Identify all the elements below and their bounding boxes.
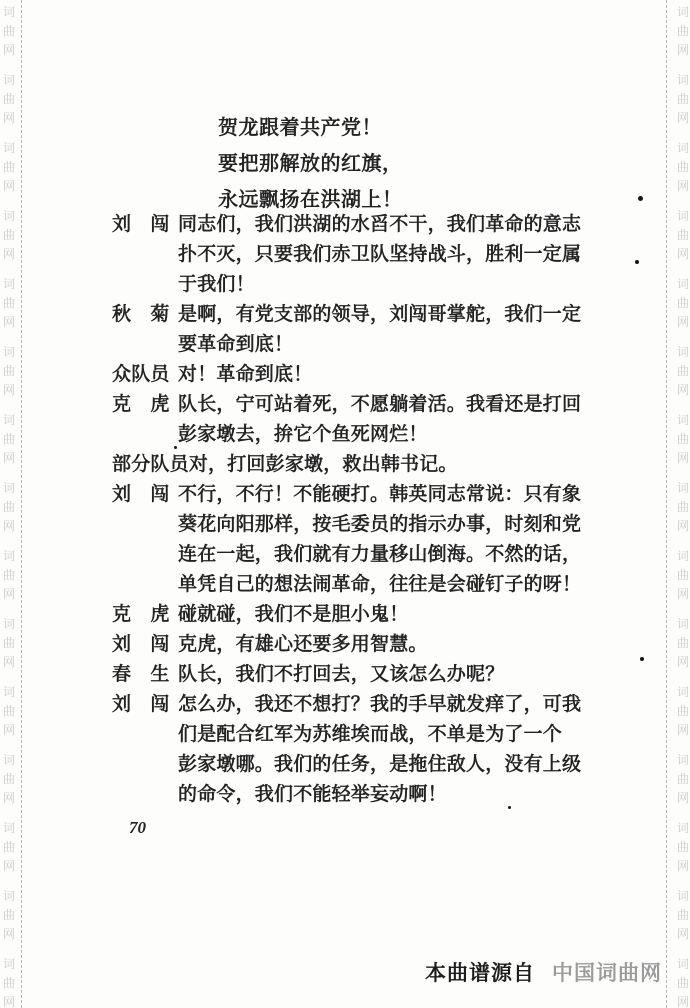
watermark-char: 网 [2,452,16,466]
watermark-char: 网 [2,180,16,194]
scan-speck [508,806,511,809]
watermark-char: 曲 [2,161,16,175]
watermark-char: 词 [2,890,16,904]
dialogue-line: 彭家墩哪。我们的任务，是拖住敌人，没有上级 [178,750,581,780]
dialogue-row: 刘 闯克虎，有雄心还要多用智慧。 [112,630,592,660]
dialogue-row: 刘 闯怎么办，我还不想打？我的手早就发痒了，可我们是配合红军为苏维埃而战，不单是… [112,690,592,810]
watermark-char: 网 [676,860,690,874]
watermark-char: 词 [2,822,16,836]
watermark-char: 网 [676,452,690,466]
watermark-char: 词 [676,618,690,632]
dialogue-line: 不行，不行！不能硬打。韩英同志常说：只有象 [178,480,581,510]
watermark-char: 词 [2,482,16,496]
watermark-char: 曲 [676,229,690,243]
watermark-column-right: 词曲网词曲网词曲网词曲网词曲网词曲网词曲网词曲网词曲网词曲网词曲网词曲网词曲网词… [676,0,690,1008]
dialogue-line: 是啊，有党支部的领导，刘闯哥掌舵，我们一定 [178,300,581,330]
watermark-char: 词 [2,278,16,292]
dialogue-line: 们是配合红军为苏维埃而战，不单是为了一个 [178,720,581,750]
watermark-char: 词 [2,346,16,360]
watermark-char: 曲 [676,365,690,379]
watermark-char: 词 [2,618,16,632]
watermark-char: 网 [676,928,690,942]
footer-site-name: 中国词曲网 [552,957,662,987]
watermark-char: 曲 [2,501,16,515]
watermark-char: 曲 [676,841,690,855]
watermark-char: 网 [2,656,16,670]
watermark-char: 网 [676,384,690,398]
watermark-char: 曲 [676,501,690,515]
watermark-char: 曲 [2,977,16,991]
watermark-char: 网 [2,588,16,602]
speaker-name: 刘 闯 [112,480,178,510]
dialogue-line: 对！革命到底！ [178,360,312,390]
watermark-char: 词 [676,414,690,428]
watermark-char: 网 [676,44,690,58]
watermark-char: 网 [2,112,16,126]
watermark-char: 网 [2,248,16,262]
right-margin-rule [666,0,667,1008]
dialogue-line: 的命令，我们不能轻举妄动啊！ [178,780,581,810]
watermark-char: 词 [676,822,690,836]
watermark-char: 词 [676,890,690,904]
watermark-char: 网 [676,724,690,738]
scan-speck [638,196,643,201]
watermark-char: 网 [2,384,16,398]
dialogue-line: 于我们！ [178,270,581,300]
watermark-char: 网 [676,316,690,330]
watermark-char: 词 [676,142,690,156]
watermark-char: 词 [676,686,690,700]
watermark-char: 词 [2,210,16,224]
watermark-char: 曲 [676,773,690,787]
page-number: 70 [129,818,146,838]
watermark-char: 网 [676,656,690,670]
dialogue-row: 秋 菊是啊，有党支部的领导，刘闯哥掌舵，我们一定要革命到底！ [112,300,592,360]
footer-source-label: 本曲谱源自 [425,957,535,987]
watermark-char: 曲 [676,297,690,311]
watermark-char: 词 [2,142,16,156]
watermark-char: 网 [2,44,16,58]
dialogue-line: 连在一起，我们就有力量移山倒海。不然的话， [178,540,581,570]
watermark-char: 网 [676,588,690,602]
dialogue-line: 单凭自己的想法闹革命，往往是会碰钉子的呀！ [178,570,581,600]
watermark-column-left: 词曲网词曲网词曲网词曲网词曲网词曲网词曲网词曲网词曲网词曲网词曲网词曲网词曲网词… [2,0,16,1008]
scanned-script-page: { "watermark": { "chars": ["词", "曲", "网"… [0,0,690,1008]
watermark-char: 曲 [2,25,16,39]
watermark-char: 词 [2,686,16,700]
dialogue-text: 同志们，我们洪湖的水舀不干，我们革命的意志扑不灭，只要我们赤卫队坚持战斗，胜利一… [178,210,581,300]
watermark-char: 词 [2,414,16,428]
watermark-char: 曲 [676,569,690,583]
watermark-char: 网 [2,724,16,738]
watermark-char: 曲 [676,637,690,651]
speaker-name: 部分队员 [112,450,189,480]
left-margin-rule [21,0,22,1008]
dialogue-text: 对！革命到底！ [178,360,312,390]
dialogue-block: 刘 闯同志们，我们洪湖的水舀不干，我们革命的意志扑不灭，只要我们赤卫队坚持战斗，… [112,210,592,810]
watermark-char: 词 [2,754,16,768]
dialogue-line: 碰就碰，我们不是胆小鬼！ [178,600,408,630]
lyric-line: 要把那解放的红旗， [218,146,403,182]
dialogue-text: 怎么办，我还不想打？我的手早就发痒了，可我们是配合红军为苏维埃而战，不单是为了一… [178,690,581,810]
watermark-char: 网 [676,112,690,126]
watermark-char: 曲 [2,433,16,447]
watermark-char: 网 [2,928,16,942]
watermark-char: 网 [676,520,690,534]
dialogue-line: 要革命到底！ [178,330,581,360]
scan-speck [635,260,639,264]
watermark-char: 曲 [2,297,16,311]
watermark-char: 网 [2,520,16,534]
watermark-char: 曲 [676,161,690,175]
dialogue-row: 众队员对！革命到底！ [112,360,592,390]
watermark-char: 词 [676,346,690,360]
dialogue-line: 队长，我们不打回去，又该怎么办呢？ [178,660,504,690]
watermark-char: 网 [676,792,690,806]
watermark-char: 曲 [2,637,16,651]
dialogue-text: 是啊，有党支部的领导，刘闯哥掌舵，我们一定要革命到底！ [178,300,581,360]
dialogue-line: 彭家墩去，拚它个鱼死网烂！ [178,420,581,450]
dialogue-row: 部分队员对，打回彭家墩，救出韩书记。 [112,450,592,480]
watermark-char: 曲 [2,909,16,923]
watermark-char: 曲 [2,569,16,583]
scan-speck [174,446,177,449]
scan-speck [640,657,644,661]
speaker-name: 刘 闯 [112,690,178,720]
watermark-char: 网 [676,996,690,1008]
speaker-name: 克 虎 [112,600,178,630]
dialogue-row: 刘 闯同志们，我们洪湖的水舀不干，我们革命的意志扑不灭，只要我们赤卫队坚持战斗，… [112,210,592,300]
speaker-name: 秋 菊 [112,300,178,330]
dialogue-text: 队长，宁可站着死，不愿躺着活。我看还是打回彭家墩去，拚它个鱼死网烂！ [178,390,581,450]
watermark-char: 网 [676,248,690,262]
watermark-char: 网 [676,180,690,194]
watermark-char: 曲 [2,705,16,719]
dialogue-text: 克虎，有雄心还要多用智慧。 [178,630,428,660]
watermark-char: 网 [2,792,16,806]
watermark-char: 词 [676,6,690,20]
dialogue-line: 同志们，我们洪湖的水舀不干，我们革命的意志 [178,210,581,240]
watermark-char: 网 [2,860,16,874]
speaker-name: 克 虎 [112,390,178,420]
watermark-char: 曲 [676,909,690,923]
speaker-name: 刘 闯 [112,210,178,240]
dialogue-text: 碰就碰，我们不是胆小鬼！ [178,600,408,630]
dialogue-line: 克虎，有雄心还要多用智慧。 [178,630,428,660]
dialogue-row: 刘 闯不行，不行！不能硬打。韩英同志常说：只有象葵花向阳那样，按毛委员的指示办事… [112,480,592,600]
watermark-char: 词 [676,74,690,88]
footer-credit: 本曲谱源自 中国词曲网 [425,957,662,987]
speaker-name: 春 生 [112,660,178,690]
lyrics-block: 贺龙跟着共产党！要把那解放的红旗，永远飘扬在洪湖上！ [218,110,403,218]
watermark-char: 曲 [2,841,16,855]
dialogue-text: 不行，不行！不能硬打。韩英同志常说：只有象葵花向阳那样，按毛委员的指示办事，时刻… [178,480,581,600]
dialogue-row: 克 虎队长，宁可站着死，不愿躺着活。我看还是打回彭家墩去，拚它个鱼死网烂！ [112,390,592,450]
watermark-char: 词 [676,210,690,224]
watermark-char: 词 [676,550,690,564]
watermark-char: 曲 [676,93,690,107]
dialogue-line: 怎么办，我还不想打？我的手早就发痒了，可我 [178,690,581,720]
dialogue-line: 葵花向阳那样，按毛委员的指示办事，时刻和党 [178,510,581,540]
watermark-char: 词 [2,74,16,88]
watermark-char: 曲 [676,433,690,447]
watermark-char: 曲 [676,25,690,39]
watermark-char: 曲 [2,229,16,243]
watermark-char: 网 [2,996,16,1008]
lyric-line: 贺龙跟着共产党！ [218,110,403,146]
dialogue-line: 队长，宁可站着死，不愿躺着活。我看还是打回 [178,390,581,420]
watermark-char: 词 [676,278,690,292]
speaker-name: 刘 闯 [112,630,178,660]
watermark-char: 曲 [2,773,16,787]
dialogue-line: 对，打回彭家墩，救出韩书记。 [189,450,458,480]
dialogue-row: 克 虎碰就碰，我们不是胆小鬼！ [112,600,592,630]
watermark-char: 曲 [676,977,690,991]
watermark-char: 词 [2,6,16,20]
watermark-char: 词 [676,482,690,496]
watermark-char: 曲 [2,93,16,107]
watermark-char: 词 [676,754,690,768]
dialogue-text: 对，打回彭家墩，救出韩书记。 [189,450,458,480]
speaker-name: 众队员 [112,360,178,390]
dialogue-line: 扑不灭，只要我们赤卫队坚持战斗，胜利一定属 [178,240,581,270]
watermark-char: 词 [676,958,690,972]
watermark-char: 词 [2,550,16,564]
watermark-char: 词 [2,958,16,972]
dialogue-row: 春 生队长，我们不打回去，又该怎么办呢？ [112,660,592,690]
watermark-char: 网 [2,316,16,330]
watermark-char: 曲 [2,365,16,379]
dialogue-text: 队长，我们不打回去，又该怎么办呢？ [178,660,504,690]
watermark-char: 曲 [676,705,690,719]
